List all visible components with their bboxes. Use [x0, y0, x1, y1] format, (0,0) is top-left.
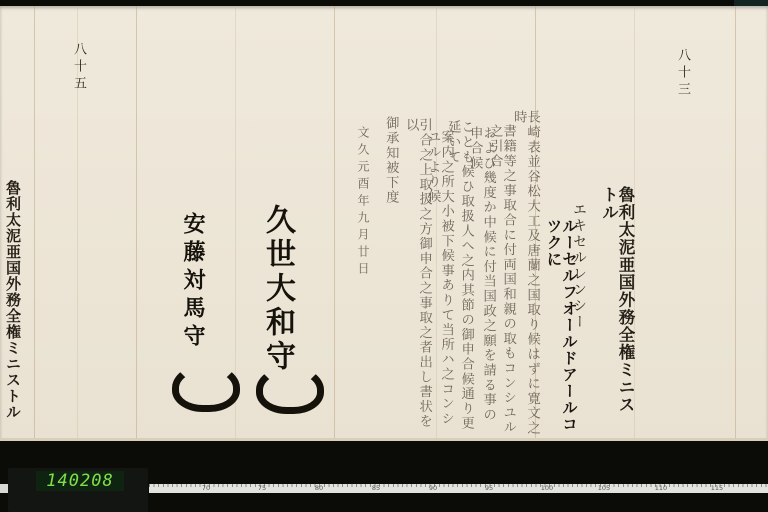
letter-date: 文久元酉年九月廿日 [357, 126, 369, 279]
frame-counter-display: 140208 [36, 471, 124, 491]
kao-seal-ando [172, 364, 240, 412]
fold-line [334, 6, 335, 440]
ruler-label: 80 [315, 484, 323, 493]
ruler-ticks [149, 484, 768, 487]
page-number-left: 八十五 [72, 42, 85, 93]
fold-line [34, 6, 35, 440]
ruler-label: 85 [372, 484, 380, 493]
ruler-label: 110 [655, 484, 667, 493]
letter-line-7: 御承知被下度 [384, 116, 397, 205]
ruler-label: 105 [598, 484, 610, 493]
fold-line [136, 6, 137, 440]
document-paper: 八十五 八十三 魯利太泥亜国外務全権ミニストル 魯利太泥亜国外務全権ミニストル … [0, 6, 768, 440]
ruler-label: 115 [711, 484, 723, 493]
kao-seal-kuze [256, 366, 324, 414]
paper-bottom-edge [0, 438, 768, 441]
ruler-label: 90 [429, 484, 437, 493]
ruler-label: 75 [258, 484, 266, 493]
ruler-label: 100 [541, 484, 553, 493]
letter-line-6: 引合之上取扱之方御申合之事取之者出し書状を以 [404, 118, 431, 438]
ruler-label: 95 [485, 484, 493, 493]
page-number-right: 八十三 [676, 48, 689, 99]
address-line-1: 魯利太泥亜国外務全権ミニストル [600, 186, 633, 426]
fold-line [735, 6, 736, 440]
signature-ando: 安藤対馬守 [182, 212, 204, 352]
signature-kuze: 久世大和守 [262, 204, 292, 374]
measurement-ruler: 70 75 80 85 90 95 100 105 110 115 [149, 484, 768, 493]
left-fragment-address: 魯利太泥亜国外務全権ミニストル [5, 180, 20, 430]
ruler-label: 70 [202, 484, 210, 493]
address-line-3: ルーセルフオールドアールコツクに [546, 218, 577, 440]
